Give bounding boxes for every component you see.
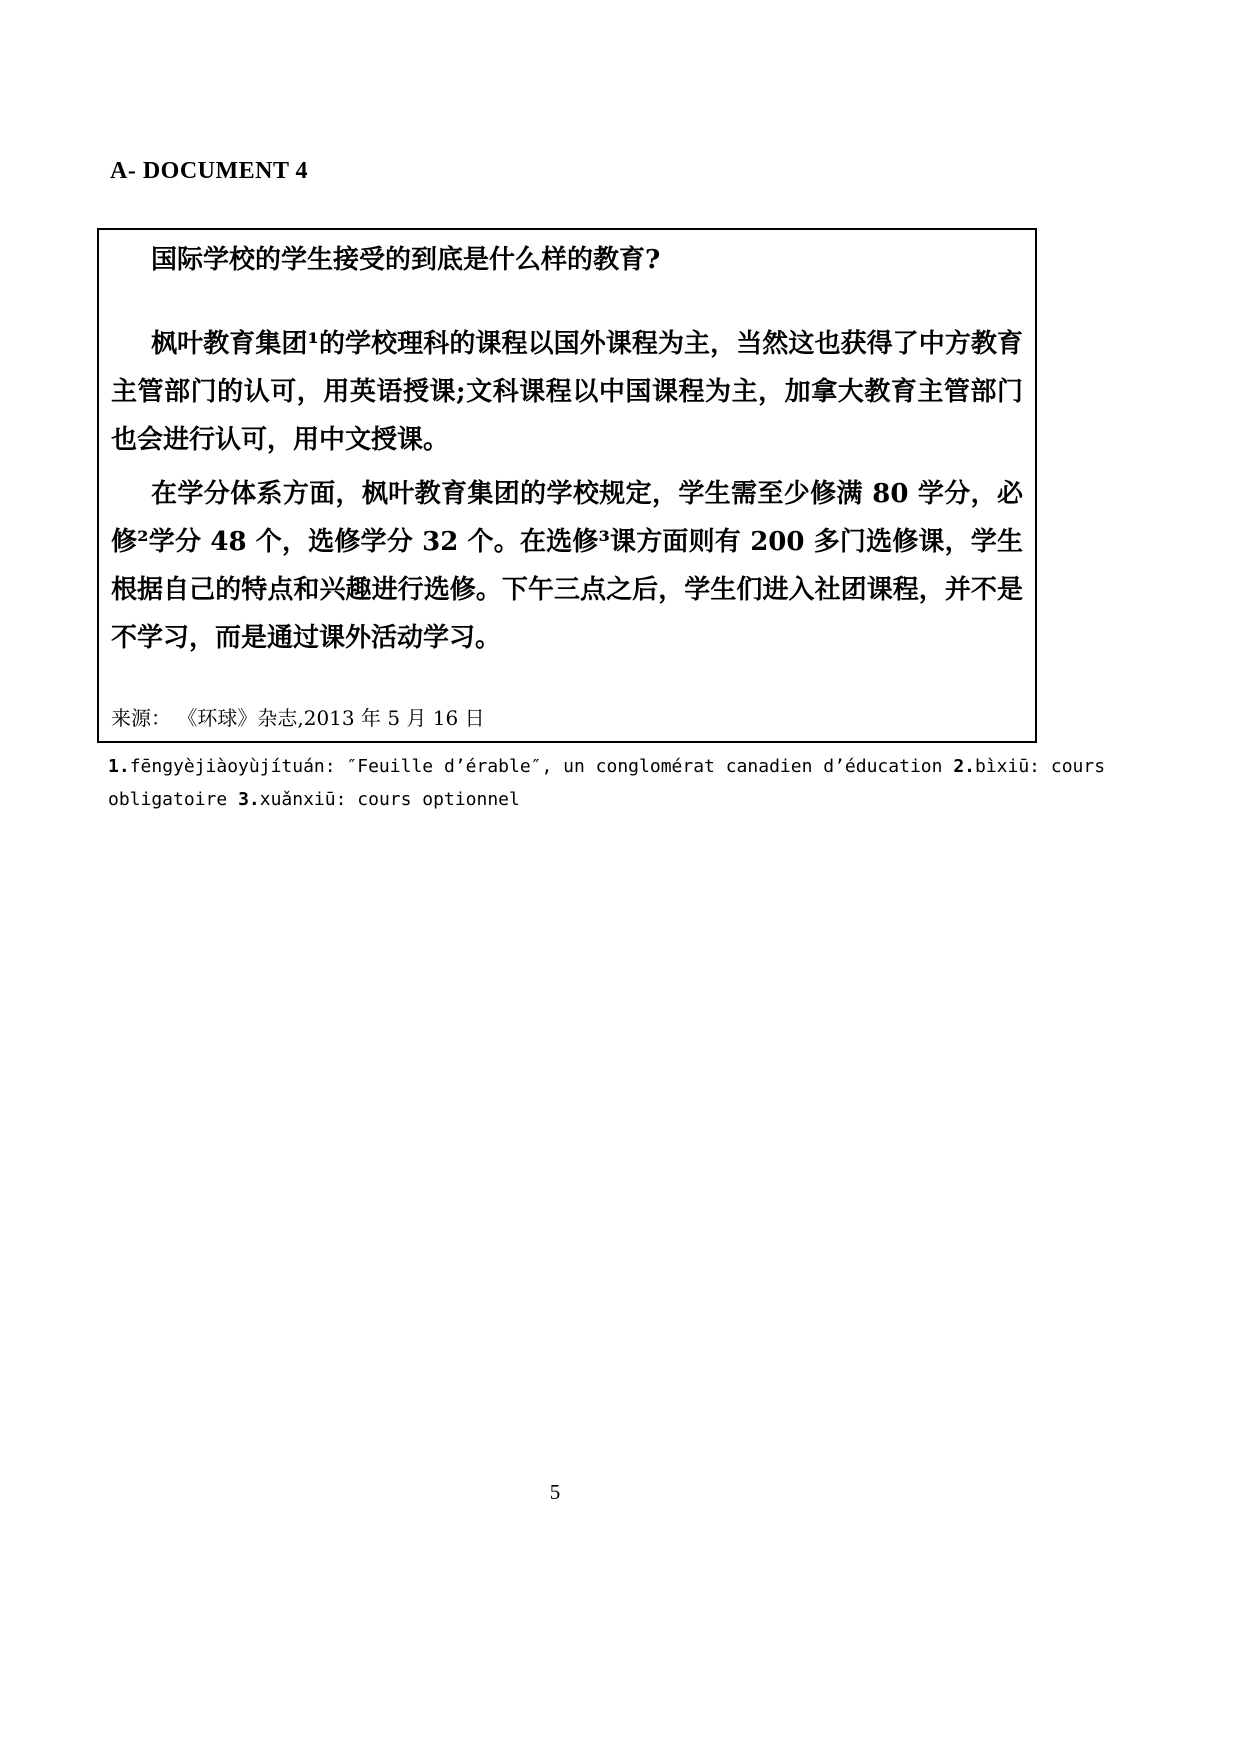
footnote-text-1: fēngyèjiàoyùjítuán: ″Feuille d’érable″, … [130, 756, 943, 777]
box-title: 国际学校的学生接受的到底是什么样的教育? [111, 236, 1023, 284]
page-number: 5 [97, 1480, 1013, 1505]
footnote-number-1: 1. [108, 756, 130, 777]
footnote-text-3: xuǎnxiū: cours optionnel [260, 789, 520, 810]
source-line: 来源： 《环球》杂志,2013 年 5 月 16 日 [111, 702, 485, 731]
paragraph-2: 在学分体系方面，枫叶教育集团的学校规定，学生需至少修满 80 学分，必修²学分 … [111, 470, 1023, 662]
footnote-number-2: 2. [953, 756, 975, 777]
document-box: 国际学校的学生接受的到底是什么样的教育? 枫叶教育集团¹的学校理科的课程以国外课… [97, 228, 1037, 743]
paragraph-1: 枫叶教育集团¹的学校理科的课程以国外课程为主，当然这也获得了中方教育主管部门的认… [111, 320, 1023, 464]
document-page: A- DOCUMENT 4 国际学校的学生接受的到底是什么样的教育? 枫叶教育集… [0, 0, 1240, 1754]
footnote-number-3: 3. [238, 789, 260, 810]
document-heading: A- DOCUMENT 4 [110, 158, 308, 185]
footnotes: 1.fēngyèjiàoyùjítuán: ″Feuille d’érable″… [108, 750, 1128, 816]
